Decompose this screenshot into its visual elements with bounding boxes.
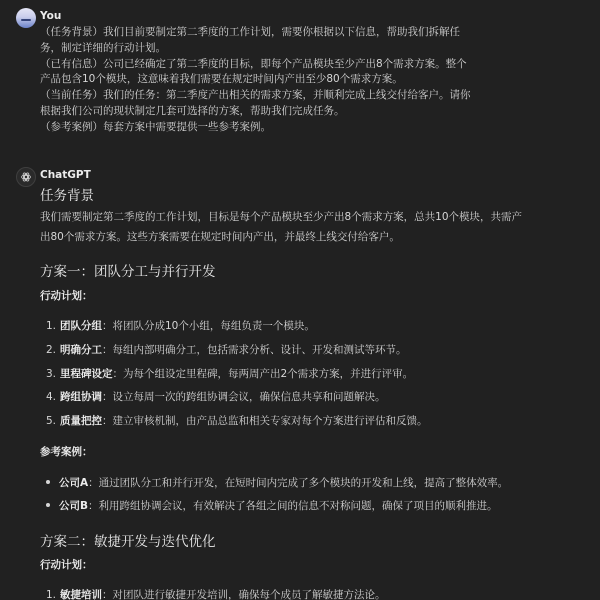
background-line: 出80个需求方案。这些方案需要在规定时间内产出，并最终上线交付给客户。 — [40, 227, 540, 247]
openai-logo-icon — [16, 167, 36, 187]
plan1-action-item: 2.明确分工：每组内部明确分工，包括需求分析、设计、开发和测试等环节。 — [46, 342, 407, 357]
plan1-action-item: 1.团队分组：将团队分成10个小组，每组负责一个模块。 — [46, 318, 315, 333]
bullet-icon — [46, 503, 50, 507]
plan1-action-label: 行动计划： — [40, 288, 93, 303]
plan1-heading: 方案一：团队分工与并行开发 — [40, 260, 216, 280]
plan1-case-label: 参考案例： — [40, 444, 93, 459]
plan1-action-item: 3.里程碑设定：为每个组设定里程碑，每两周产出2个需求方案，并进行评审。 — [46, 366, 413, 381]
plan1-action-item: 4.跨组协调：设立每周一次的跨组协调会议，确保信息共享和问题解决。 — [46, 389, 386, 404]
plan2-heading: 方案二：敏捷开发与迭代优化 — [40, 530, 216, 550]
assistant-message: ChatGPT 任务背景 我们需要制定第二季度的工作计划，目标是每个产品模块至少… — [0, 0, 600, 600]
plan1-case-item: 公司A：通过团队分工和并行开发，在短时间内完成了多个模块的开发和上线，提高了整体… — [46, 475, 508, 490]
plan2-action-item: 1.敏捷培训：对团队进行敏捷开发培训，确保每个成员了解敏捷方法论。 — [46, 587, 386, 600]
plan2-action-label: 行动计划： — [40, 557, 93, 572]
plan1-case-item: 公司B：利用跨组协调会议，有效解决了各组之间的信息不对称问题，确保了项目的顺利推… — [46, 498, 498, 513]
plan1-action-item: 5.质量把控：建立审核机制，由产品总监和相关专家对每个方案进行评估和反馈。 — [46, 413, 428, 428]
background-heading: 任务背景 — [40, 184, 94, 204]
background-line: 我们需要制定第二季度的工作计划，目标是每个产品模块至少产出8个需求方案，总共10… — [40, 207, 540, 227]
assistant-author-name: ChatGPT — [40, 169, 91, 181]
bullet-icon — [46, 480, 50, 484]
background-paragraph: 我们需要制定第二季度的工作计划，目标是每个产品模块至少产出8个需求方案，总共10… — [40, 207, 540, 247]
